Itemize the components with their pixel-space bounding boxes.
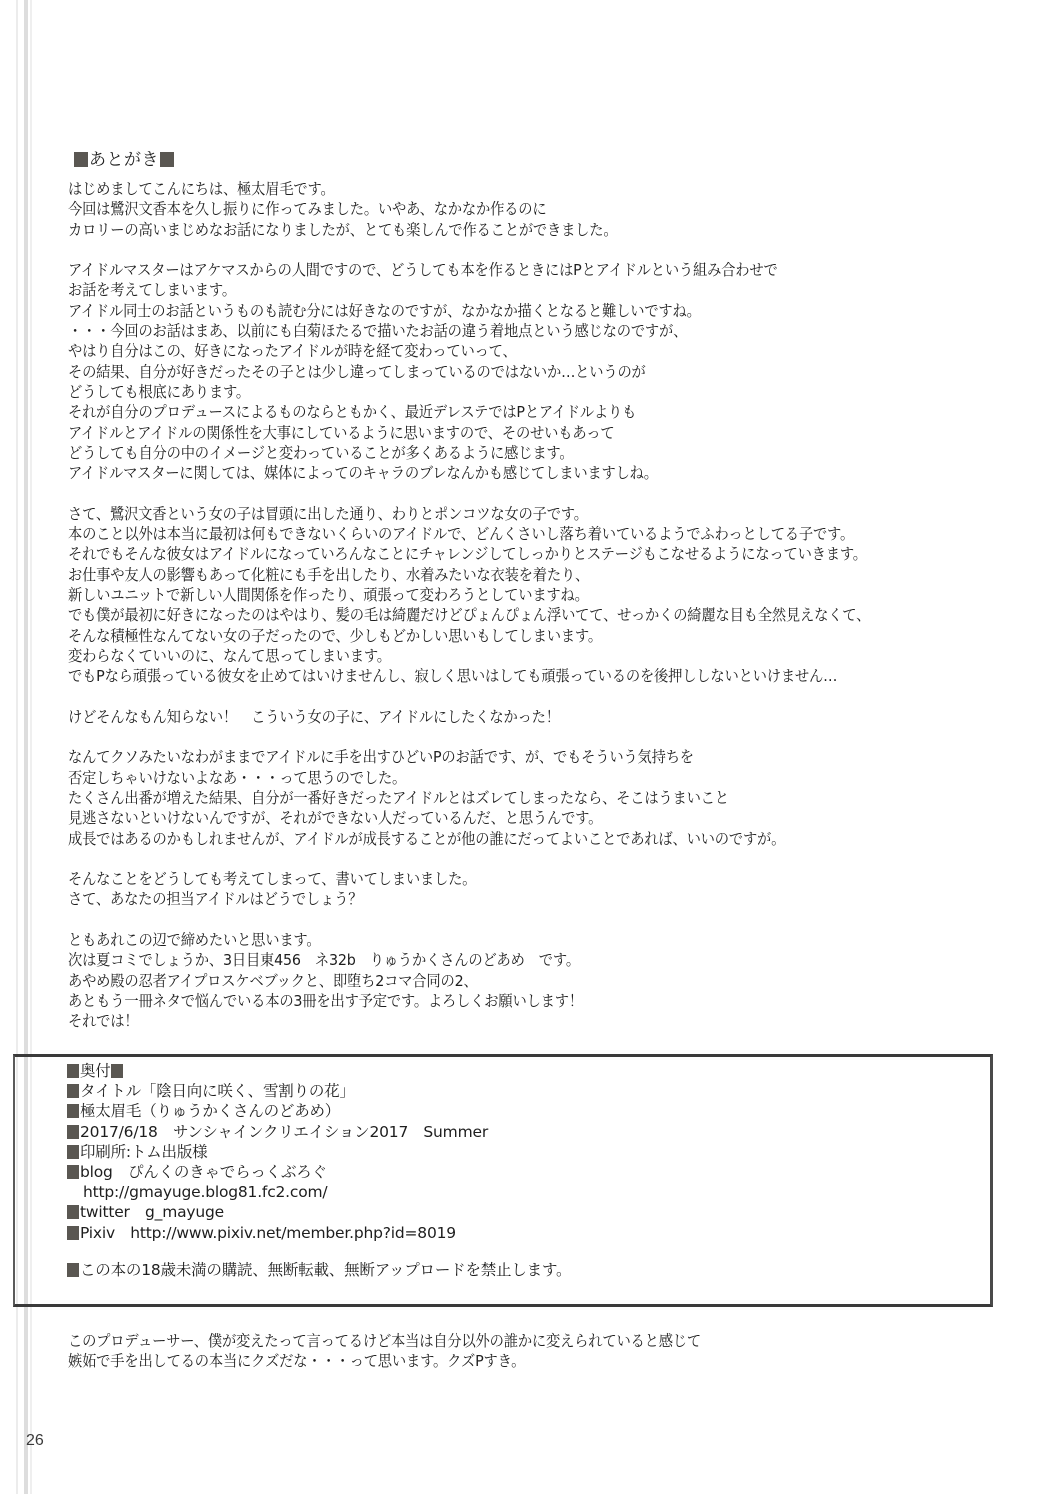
colophon-date-event: 2017/6/18 サンシャインクリエイション2017 Summer: [67, 1122, 571, 1142]
afterword-body: はじめましてこんにちは、極太眉毛です。 今回は鷺沢文香本を久し振りに作ってみまし…: [68, 179, 985, 1052]
square-bullet-icon: [67, 1104, 79, 1118]
square-bullet-icon: [67, 1226, 79, 1240]
square-bullet-icon: [160, 152, 174, 167]
colophon-twitter: twitter g_mayuge: [67, 1202, 571, 1222]
text-line: カロリーの高いまじめなお話になりましたが、とても楽しんで作ることができました。: [68, 220, 985, 240]
text-line: なんてクソみたいなわがままでアイドルに手を出すひどいPのお話です、が、でもそうい…: [68, 747, 985, 767]
spacer: [67, 1243, 571, 1260]
blog-url: http://gmayuge.blog81.fc2.com/: [67, 1182, 571, 1202]
text-line: たくさん出番が増えた結果、自分が一番好きだったアイドルとはズレてしまったなら、そ…: [68, 788, 985, 808]
text-line: そんな積極性なんてない女の子だったので、少しもどかしい思いもしてしまいます。: [68, 626, 985, 646]
text-line: ともあれこの辺で締めたいと思います。: [68, 930, 985, 950]
colophon-heading: 奥付: [67, 1061, 571, 1081]
paragraph: けどそんなもん知らない！ こういう女の子に、アイドルにしたくなかった！: [68, 707, 985, 727]
paragraph: ともあれこの辺で締めたいと思います。 次は夏コミでしょうか、3日目東456 ネ3…: [68, 930, 985, 1031]
colophon-twitter-text: twitter g_mayuge: [80, 1203, 224, 1221]
square-bullet-icon: [67, 1125, 79, 1139]
paragraph: そんなことをどうしても考えてしまって、書いてしまいました。 さて、あなたの担当ア…: [68, 869, 985, 910]
text-line: お仕事や友人の影響もあって化粧にも手を出したり、水着みたいな衣装を着たり、: [68, 565, 985, 585]
square-bullet-icon: [67, 1165, 79, 1179]
text-line: あやめ殿の忍者アイプロスケベブックと、即堕ち2コマ合同の2、: [68, 971, 985, 991]
text-line: さて、鷺沢文香という女の子は冒頭に出した通り、わりとポンコツな女の子です。: [68, 504, 985, 524]
text-line: 否定しちゃいけないよなあ・・・って思うのでした。: [68, 768, 985, 788]
text-line: けどそんなもん知らない！ こういう女の子に、アイドルにしたくなかった！: [68, 707, 985, 727]
colophon-date-event-text: 2017/6/18 サンシャインクリエイション2017 Summer: [80, 1123, 488, 1141]
colophon-printer-text: 印刷所:トム出版様: [80, 1143, 207, 1161]
text-line: 嫉妬で手を出してるの本当にクズだな・・・って思います。クズPすき。: [68, 1351, 701, 1371]
square-bullet-icon: [111, 1064, 123, 1078]
text-line: それでは！: [68, 1011, 985, 1031]
colophon-blog: blog ぴんくのきゃでらっくぶろぐ: [67, 1162, 571, 1182]
afterword-heading-text: あとがき: [89, 150, 159, 170]
paragraph: さて、鷺沢文香という女の子は冒頭に出した通り、わりとポンコツな女の子です。 本の…: [68, 504, 985, 687]
text-line: でも僕が最初に好きになったのはやはり、髪の毛は綺麗だけどぴょんぴょん浮いてて、せ…: [68, 605, 985, 625]
text-line: はじめましてこんにちは、極太眉毛です。: [68, 179, 985, 199]
text-line: 新しいユニットで新しい人間関係を作ったり、頑張って変わろうとしていますね。: [68, 585, 985, 605]
paragraph: なんてクソみたいなわがままでアイドルに手を出すひどいPのお話です、が、でもそうい…: [68, 747, 985, 848]
text-line: でもPなら頑張っている彼女を止めてはいけませんし、寂しく思いはしても頑張っている…: [68, 666, 985, 686]
footer-note: このプロデューサー、僕が変えたって言ってるけど本当は自分以外の誰かに変えられてい…: [68, 1331, 701, 1372]
square-bullet-icon: [74, 152, 88, 167]
square-bullet-icon: [67, 1084, 79, 1098]
afterword-heading: あとがき: [73, 148, 175, 172]
colophon-author-text: 極太眉毛（りゅうかくさんのどあめ）: [80, 1102, 340, 1120]
colophon-printer: 印刷所:トム出版様: [67, 1142, 571, 1162]
text-line: アイドルマスターはアケマスからの人間ですので、どうしても本を作るときにはPとアイ…: [68, 260, 985, 280]
text-line: アイドルマスターに関しては、媒体によってのキャラのブレなんかも感じてしまいますし…: [68, 463, 985, 483]
colophon-pixiv-text: Pixiv http://www.pixiv.net/member.php?id…: [80, 1224, 456, 1242]
colophon-box: 奥付 タイトル「陰日向に咲く、雪割りの花」 極太眉毛（りゅうかくさんのどあめ） …: [13, 1054, 993, 1307]
text-line: ・・・今回のお話はまあ、以前にも白菊ほたるで描いたお話の違う着地点という感じなの…: [68, 321, 985, 341]
text-line: それが自分のプロデュースによるものならともかく、最近デレステではPとアイドルより…: [68, 402, 985, 422]
text-line: さて、あなたの担当アイドルはどうでしょう？: [68, 889, 985, 909]
text-line: アイドルとアイドルの関係性を大事にしているように思いますので、そのせいもあって: [68, 423, 985, 443]
text-line: どうしても自分の中のイメージと変わっていることが多くあるように感じます。: [68, 443, 985, 463]
colophon-blog-text: blog ぴんくのきゃでらっくぶろぐ: [80, 1163, 327, 1181]
colophon-notice-text: この本の18歳未満の購読、無断転載、無断アップロードを禁止します。: [80, 1261, 571, 1279]
text-line: それでもそんな彼女はアイドルになっていろんなことにチャレンジしてしっかりとステー…: [68, 544, 985, 564]
colophon-title-text: タイトル「陰日向に咲く、雪割りの花」: [80, 1082, 355, 1100]
colophon-author: 極太眉毛（りゅうかくさんのどあめ）: [67, 1101, 571, 1121]
text-line: 変わらなくていいのに、なんて思ってしまいます。: [68, 646, 985, 666]
colophon-pixiv: Pixiv http://www.pixiv.net/member.php?id…: [67, 1223, 571, 1243]
text-line: このプロデューサー、僕が変えたって言ってるけど本当は自分以外の誰かに変えられてい…: [68, 1331, 701, 1351]
colophon-notice: この本の18歳未満の購読、無断転載、無断アップロードを禁止します。: [67, 1260, 571, 1280]
square-bullet-icon: [67, 1064, 79, 1078]
square-bullet-icon: [67, 1205, 79, 1219]
text-line: 成長ではあるのかもしれませんが、アイドルが成長することが他の誰にだってよいことで…: [68, 829, 985, 849]
text-line: 本のこと以外は本当に最初は何もできないくらいのアイドルで、どんくさいし落ち着いて…: [68, 524, 985, 544]
text-line: お話を考えてしまいます。: [68, 280, 985, 300]
colophon-heading-text: 奥付: [80, 1062, 111, 1080]
text-line: 見逃さないといけないんですが、それができない人だっているんだ、と思うんです。: [68, 808, 985, 828]
text-line: やはり自分はこの、好きになったアイドルが時を経て変わっていって、: [68, 341, 985, 361]
page-number: 26: [26, 1432, 44, 1450]
text-line: 次は夏コミでしょうか、3日目東456 ネ32b りゅうかくさんのどあめ です。: [68, 950, 985, 970]
text-line: アイドル同士のお話というものも読む分には好きなのですが、なかなか描くとなると難し…: [68, 301, 985, 321]
text-line: 今回は鷺沢文香本を久し振りに作ってみました。いやあ、なかなか作るのに: [68, 199, 985, 219]
paragraph: はじめましてこんにちは、極太眉毛です。 今回は鷺沢文香本を久し振りに作ってみまし…: [68, 179, 985, 240]
text-line: その結果、自分が好きだったその子とは少し違ってしまっているのではないか…というの…: [68, 362, 985, 382]
paragraph: アイドルマスターはアケマスからの人間ですので、どうしても本を作るときにはPとアイ…: [68, 260, 985, 483]
square-bullet-icon: [67, 1263, 79, 1277]
colophon-title: タイトル「陰日向に咲く、雪割りの花」: [67, 1081, 571, 1101]
text-line: あともう一冊ネタで悩んでいる本の3冊を出す予定です。よろしくお願いします！: [68, 991, 985, 1011]
square-bullet-icon: [67, 1145, 79, 1159]
text-line: どうしても根底にあります。: [68, 382, 985, 402]
colophon-content: 奥付 タイトル「陰日向に咲く、雪割りの花」 極太眉毛（りゅうかくさんのどあめ） …: [67, 1061, 571, 1280]
text-line: そんなことをどうしても考えてしまって、書いてしまいました。: [68, 869, 985, 889]
